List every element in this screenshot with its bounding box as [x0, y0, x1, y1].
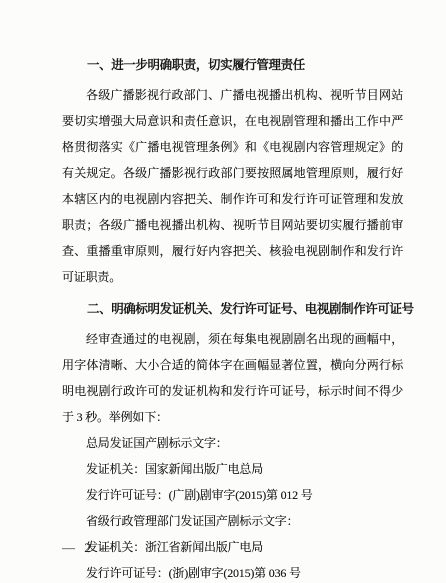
scanned-document-page: 一、进一步明确职责，切实履行管理责任 各级广播影视行政部门、广播电视播出机构、视…	[0, 0, 446, 583]
example-line-license-number-national: 发行许可证号：(广剧)剧审字(2015)第 012 号	[62, 482, 403, 508]
section-2-paragraph: 经审查通过的电视剧，须在每集电视剧剧名出现的画幅中，用字体清晰、大小合适的简体字…	[62, 326, 403, 430]
document-body: 一、进一步明确职责，切实履行管理责任 各级广播影视行政部门、广播电视播出机构、视…	[62, 48, 403, 583]
section-1-paragraph: 各级广播影视行政部门、广播电视播出机构、视听节目网站要切实增强大局意识和责任意识…	[62, 82, 403, 290]
example-line-general-admin-label: 总局发证国产剧标示文字：	[62, 430, 403, 456]
section-1-heading: 一、进一步明确职责，切实履行管理责任	[62, 52, 403, 78]
section-2-heading: 二、明确标明发证机关、发行许可证号、电视剧制作许可证号	[62, 296, 403, 322]
example-line-provincial-admin-label: 省级行政管理部门发证国产剧标示文字：	[62, 508, 403, 534]
page-number: — 2 —	[62, 540, 116, 556]
example-line-license-number-provincial: 发行许可证号：(浙)剧审字(2015)第 036 号	[62, 560, 403, 583]
example-line-issuing-authority-national: 发证机关：国家新闻出版广电总局	[62, 456, 403, 482]
